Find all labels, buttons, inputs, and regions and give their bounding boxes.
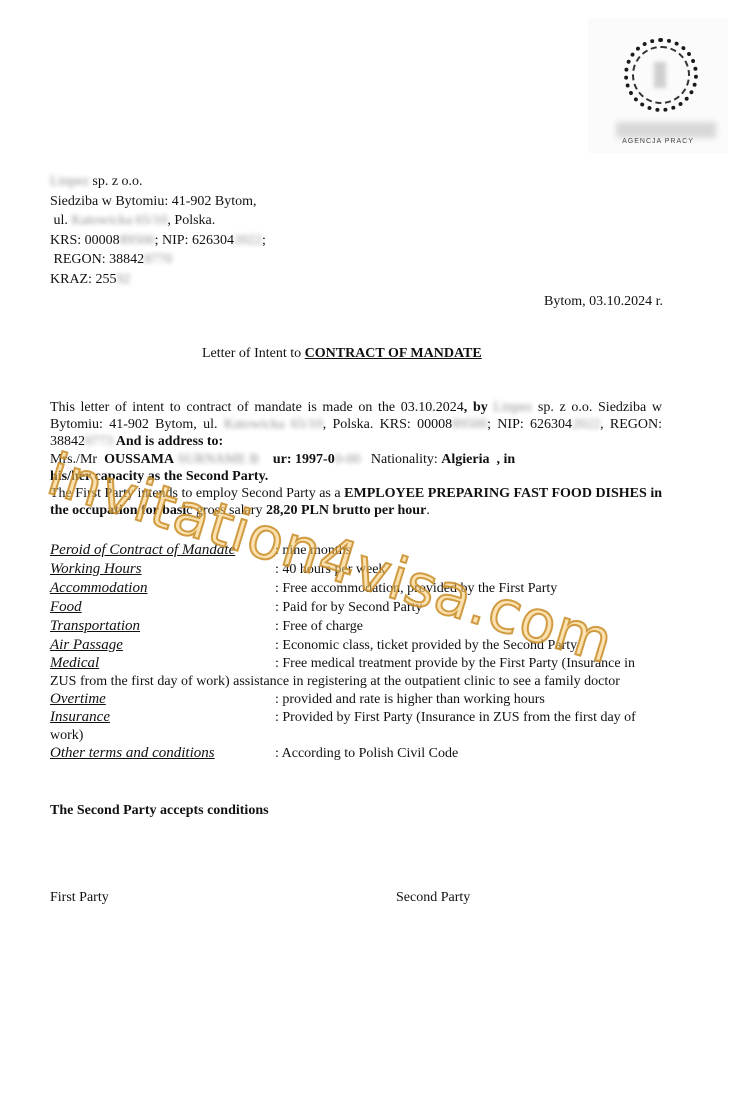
- sender-company: Linpez sp. z o.o.: [50, 172, 266, 192]
- term-row: Peroid of Contract of Mandate: nine mont…: [50, 541, 662, 560]
- title-bold: CONTRACT OF MANDATE: [305, 346, 482, 361]
- employee-name: OUSSAMA: [104, 452, 174, 467]
- first-party-signature: First Party: [50, 890, 109, 906]
- sender-krs-nip: KRS: 0000889500; NIP: 6263042022;: [50, 231, 266, 251]
- company-logo: AGENCJA PRACY: [588, 18, 728, 153]
- sender-seat: Siedziba w Bytomiu: 41-902 Bytom,: [50, 192, 266, 212]
- document-title: Letter of Intent to CONTRACT OF MANDATE: [202, 346, 482, 362]
- term-row: Medical: Free medical treatment provide …: [50, 655, 662, 690]
- sender-kraz: KRAZ: 25592: [50, 270, 266, 290]
- terms-list: Peroid of Contract of Mandate: nine mont…: [50, 541, 662, 763]
- sender-address-block: Linpez sp. z o.o. Siedziba w Bytomiu: 41…: [50, 172, 266, 289]
- term-row: Transportation: Free of charge: [50, 617, 662, 636]
- blurred-logo-mark: [654, 62, 666, 88]
- term-row: Working Hours: 40 hours per week: [50, 560, 662, 579]
- term-row: Food: Paid for by Second Party: [50, 598, 662, 617]
- second-party-signature: Second Party: [396, 890, 470, 906]
- term-row: Air Passage: Economic class, ticket prov…: [50, 636, 662, 655]
- date-line: Bytom, 03.10.2024 r.: [544, 294, 663, 310]
- salary: 28,20 PLN brutto per hour: [266, 503, 426, 518]
- sender-street: ul. Katowicka 65/10, Polska.: [50, 211, 266, 231]
- term-row: Overtime: provided and rate is higher th…: [50, 690, 662, 709]
- acceptance-statement: The Second Party accepts conditions: [50, 803, 269, 819]
- sender-regon: REGON: 388428770: [50, 250, 266, 270]
- logo-agency-text: AGENCJA PRACY: [588, 138, 728, 145]
- nationality: Algieria: [441, 452, 489, 467]
- blurred-logo-name: [616, 122, 716, 138]
- term-row: Insurance: Provided by First Party (Insu…: [50, 709, 662, 744]
- term-row: Accommodation: Free accommodation, provi…: [50, 579, 662, 598]
- term-row: Other terms and conditions: According to…: [50, 744, 662, 763]
- intro-paragraph: This letter of intent to contract of man…: [50, 399, 662, 519]
